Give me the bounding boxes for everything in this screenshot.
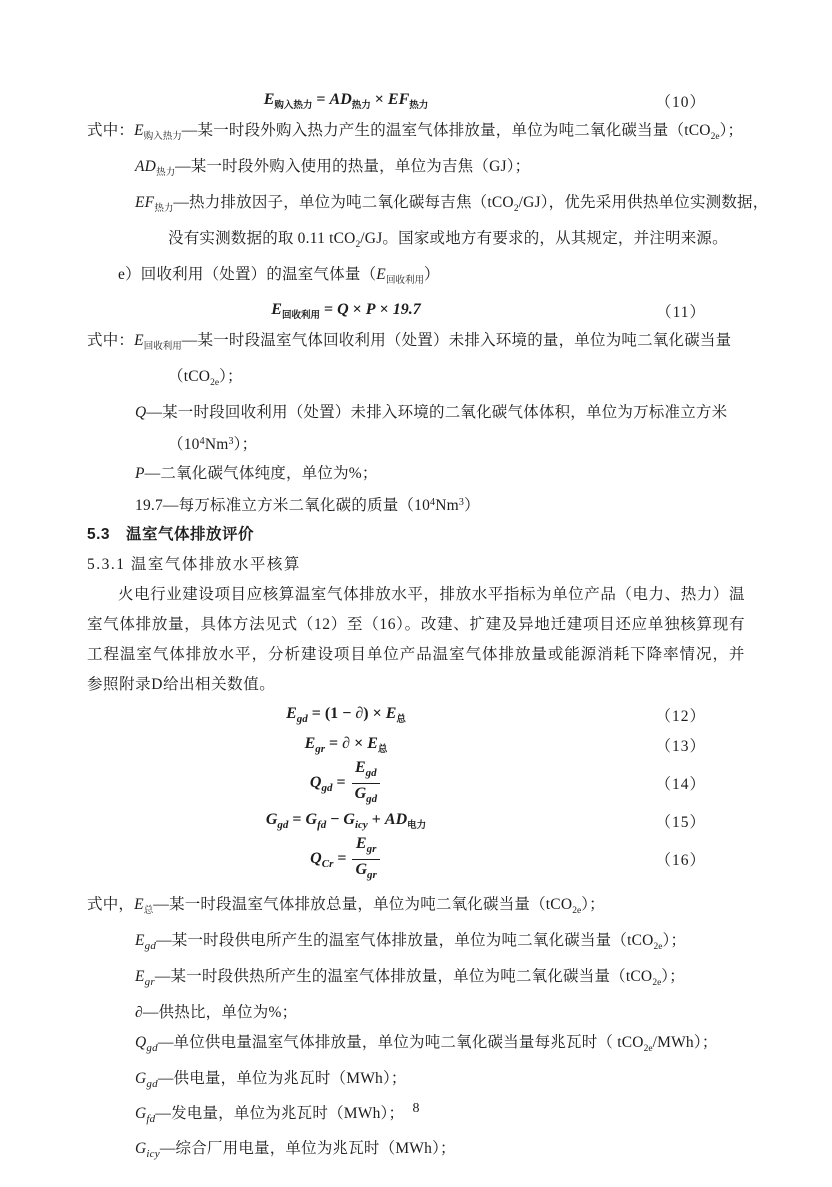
def-q-gas-volume-continued: （104Nm3）；: [87, 427, 745, 459]
formula-13-number: （13）: [655, 734, 706, 756]
def-e-purchased-heat: 式中：E购入热力—某一时段外购入热力产生的温室气体排放量，单位为吨二氧化碳当量（…: [87, 116, 745, 152]
def-ef-heat-continued: 没有实测数据的取 0.11 tCO2/GJ。国家或地方有要求的，从其规定，并注明…: [87, 224, 745, 260]
formula-10-number: （10）: [655, 90, 706, 112]
def-g-icy: Gicy—综合厂用电量，单位为兆瓦时（MWh）；: [87, 1134, 745, 1169]
formula-15-number: （15）: [655, 810, 706, 832]
formula-12-number: （12）: [655, 704, 706, 726]
formula-16-expression: QCr = EgrGgr: [310, 834, 382, 885]
def-e-gr: Egr—某一时段供热所产生的温室气体排放量，单位为吨二氧化碳当量（tCO2e）；: [87, 962, 745, 998]
def-heat-supply-ratio: ∂—供热比，单位为%；: [87, 998, 745, 1028]
page-number: 8: [0, 1101, 832, 1117]
formula-12-expression: Egd = (1 − ∂) × E总: [286, 705, 406, 725]
formula-14-number: （14）: [655, 772, 706, 794]
def-e-total: 式中，E总—某一时段温室气体排放总量，单位为吨二氧化碳当量（tCO2e）；: [87, 890, 745, 926]
def-e-recovered-continued: （tCO2e）；: [87, 362, 745, 398]
subsection-heading-5-3-1: 5.3.1 温室气体排放水平核算: [87, 550, 745, 580]
def-e-recovered: 式中：E回收利用—某一时段温室气体回收利用（处置）未排入环境的量，单位为吨二氧化…: [87, 326, 745, 362]
formula-11-expression: E回收利用 = Q × P × 19.7: [271, 301, 420, 321]
section-heading-5-3: 5.3 温室气体排放评价: [87, 520, 745, 550]
formula-purchased-heat-emission: E购入热力 = AD热力 × EF热力 （10）: [87, 86, 745, 116]
formula-15-expression: Ggd = Gfd − Gicy + AD电力: [266, 811, 426, 831]
formula-e-gr: Egr = ∂ × E总 （13）: [87, 730, 745, 760]
formula-13-expression: Egr = ∂ × E总: [305, 735, 388, 755]
document-page: E购入热力 = AD热力 × EF热力 （10） 式中：E购入热力—某一时段外购…: [0, 0, 832, 1187]
paragraph-emission-level-accounting: 火电行业建设项目应核算温室气体排放水平，排放水平指标为单位产品（电力、热力）温室…: [87, 580, 745, 700]
def-e-gd: Egd—某一时段供电所产生的温室气体排放量，单位为吨二氧化碳当量（tCO2e）；: [87, 926, 745, 962]
formula-14-expression: Qgd = EgdGgd: [310, 758, 382, 809]
formula-10-expression: E购入热力 = AD热力 × EF热力: [264, 91, 429, 111]
formula-e-gd: Egd = (1 − ∂) × E总 （12）: [87, 700, 745, 730]
formula-g-gd: Ggd = Gfd − Gicy + AD电力 （15）: [87, 806, 745, 836]
formula-16-number: （16）: [655, 848, 706, 870]
item-e-recovered-ghg: e）回收利用（处置）的温室气体量（E回收利用）: [87, 260, 745, 296]
formula-recovered-ghg: E回收利用 = Q × P × 19.7 （11）: [87, 296, 745, 326]
def-q-gas-volume: Q—某一时段回收利用（处置）未排入环境的二氧化碳气体体积，单位为万标准立方米: [87, 398, 745, 427]
formula-q-gd: Qgd = EgdGgd （14）: [87, 760, 745, 806]
def-q-gd: Qgd—单位供电量温室气体排放量，单位为吨二氧化碳当量每兆瓦时（ tCO2e/M…: [87, 1028, 745, 1064]
def-p-purity: P—二氧化碳气体纯度，单位为%；: [87, 459, 745, 488]
def-ef-heat: EF热力—热力排放因子，单位为吨二氧化碳每吉焦（tCO2/GJ），优先采用供热单…: [87, 188, 745, 224]
def-ad-heat: AD热力—某一时段外购入使用的热量，单位为吉焦（GJ）；: [87, 152, 745, 188]
formula-q-cr: QCr = EgrGgr （16）: [87, 836, 745, 882]
def-g-gd: Ggd—供电量，单位为兆瓦时（MWh）；: [87, 1064, 745, 1099]
formula-11-number: （11）: [656, 300, 706, 322]
def-19-7-mass: 19.7—每万标准立方米二氧化碳的质量（104Nm3）: [87, 488, 745, 520]
